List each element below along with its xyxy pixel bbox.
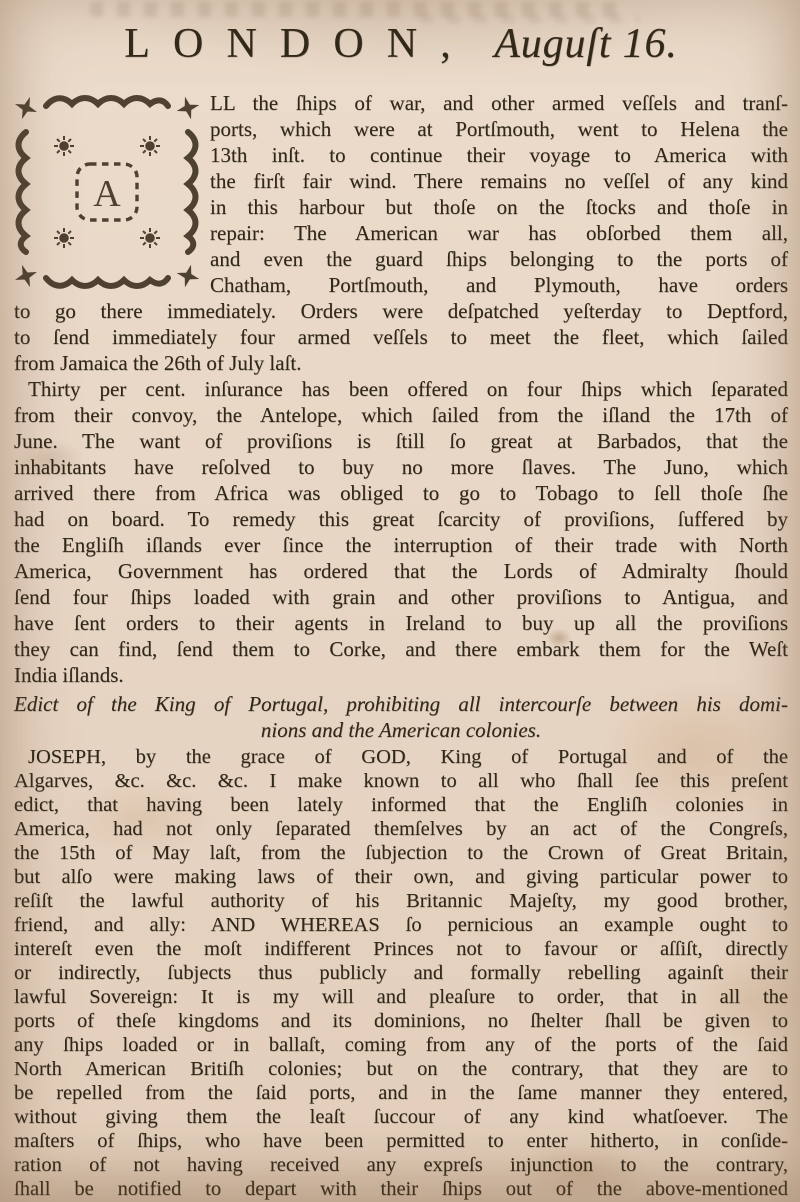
text-line: ſhall be notified to depart with their ſ…: [14, 1177, 788, 1201]
text-line: any ſhips loaded or in ballaſt, coming f…: [14, 1033, 788, 1057]
text-line: in this harbour but thoſe on the ſtocks …: [210, 194, 788, 220]
news-article-ships: A LL the ſhips of war, and other armed v…: [14, 90, 788, 298]
text-line: America, Government has ordered that the…: [14, 558, 788, 584]
article-edict-text: JOSEPH, by the grace of GOD, King of Por…: [14, 745, 788, 1201]
text-line: and even the guard ſhips belonging to th…: [210, 246, 788, 272]
edict-heading: Edict of the King of Portugal, prohibiti…: [14, 691, 788, 743]
text-line: lawful Sovereign: It is my will and plea…: [14, 985, 788, 1009]
text-line: India iſlands.: [14, 662, 788, 688]
text-line: America, had not only ſeparated themſelv…: [14, 817, 788, 841]
text-line: but alſo were making laws of their own, …: [14, 865, 788, 889]
text-line: the Engliſh iſlands ever ſince the inter…: [14, 532, 788, 558]
article-ships-full-text: to go there immediately. Orders were deſ…: [14, 298, 788, 376]
text-line: JOSEPH, by the grace of GOD, King of Por…: [14, 745, 788, 769]
text-line: arrived there from Africa was obliged to…: [14, 480, 788, 506]
article-insurance-text: Thirty per cent. inſurance has been offe…: [14, 376, 788, 688]
text-line: ration of not having received any expreſ…: [14, 1153, 788, 1177]
text-line: friend, and ally: AND WHEREAS ſo pernici…: [14, 913, 788, 937]
text-line: the firſt fair wind. There remains no ve…: [210, 168, 788, 194]
text-line: June. The want of proviſions is ſtill ſo…: [14, 428, 788, 454]
text-line: North American Britiſh colonies; but on …: [14, 1057, 788, 1081]
masthead-date: Auguſt 16.: [494, 21, 677, 67]
newspaper-page: LONDON, Auguſt 16.: [0, 0, 800, 1202]
text-line: to go there immediately. Orders were deſ…: [14, 298, 788, 324]
text-line: 13th inſt. to continue their voyage to A…: [210, 142, 788, 168]
text-line: have ſent orders to their agents in Irel…: [14, 610, 788, 636]
text-line: repair: The American war has obſorbed th…: [210, 220, 788, 246]
text-line: Chatham, Portſmouth, and Plymouth, have …: [210, 272, 788, 298]
text-line: Algarves, &c. &c. &c. I make known to al…: [14, 769, 788, 793]
text-line: edict, that having been lately informed …: [14, 793, 788, 817]
text-line: LL the ſhips of war, and other armed veſ…: [210, 90, 788, 116]
masthead-dateline: LONDON, Auguſt 16.: [14, 20, 788, 68]
article-ships-wrapped-text: LL the ſhips of war, and other armed veſ…: [210, 90, 788, 298]
text-line: ſend four ſhips loaded with grain and ot…: [14, 584, 788, 610]
ornamental-initial-frame-icon: A: [14, 92, 200, 290]
text-line: had on board. To remedy this great ſcarc…: [14, 506, 788, 532]
text-line: from their convoy, the Antelope, which ſ…: [14, 402, 788, 428]
edict-heading-line: nions and the American colonies.: [14, 717, 788, 743]
text-line: inhabitants have reſolved to buy no more…: [14, 454, 788, 480]
text-line: or indirectly, ſubjects thus publicly an…: [14, 961, 788, 985]
masthead-city: LONDON,: [124, 21, 474, 67]
initial-letter: A: [93, 173, 121, 215]
ornamental-initial: A: [14, 92, 200, 290]
text-line: ports, which were at Portſmouth, went to…: [210, 116, 788, 142]
text-line: without giving them the leaſt ſuccour of…: [14, 1105, 788, 1129]
edict-heading-line: Edict of the King of Portugal, prohibiti…: [14, 691, 788, 717]
text-line: ports of theſe kingdoms and its dominion…: [14, 1009, 788, 1033]
text-line: Thirty per cent. inſurance has been offe…: [14, 376, 788, 402]
text-line: reſiſt the lawful authority of his Brita…: [14, 889, 788, 913]
text-line: maſters of ſhips, who have been permitte…: [14, 1129, 788, 1153]
text-line: to ſend immediately four armed veſſels t…: [14, 324, 788, 350]
text-line: intereſt even the moſt indifferent Princ…: [14, 937, 788, 961]
text-line: they can find, ſend them to Corke, and t…: [14, 636, 788, 662]
text-line: from Jamaica the 26th of July laſt.: [14, 350, 788, 376]
text-line: the 15th of May laſt, from the ſubjectio…: [14, 841, 788, 865]
page-content: LONDON, Auguſt 16.: [0, 0, 800, 1202]
text-line: be repelled from the ſaid ports, and in …: [14, 1081, 788, 1105]
